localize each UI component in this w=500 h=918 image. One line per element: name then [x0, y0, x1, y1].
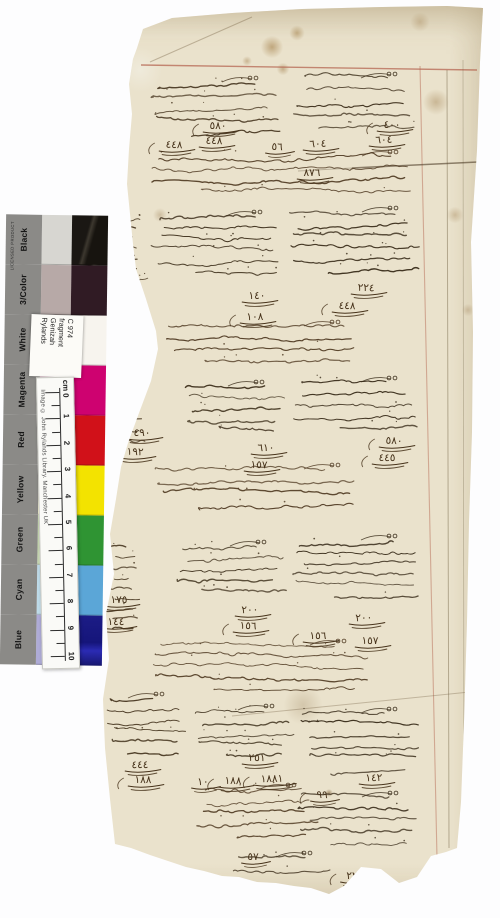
patch-light-swatch: [41, 265, 72, 315]
account-numeral: ٤٤٥: [362, 452, 408, 469]
svg-text:٢٢٤: ٢٢٤: [357, 282, 374, 295]
account-numeral: ٢٢٤: [351, 282, 387, 299]
svg-text:١٤٠: ١٤٠: [249, 290, 266, 302]
ruler-number: 7: [65, 572, 74, 577]
text-block: [107, 692, 185, 755]
account-numeral: ١٤٠: [242, 290, 278, 306]
account-numeral: ٤٤٤: [125, 759, 161, 776]
half-cm-tick: [53, 484, 61, 485]
svg-text:١٨٨: ١٨٨: [134, 774, 152, 786]
patch-label-cell: Cyan: [1, 564, 38, 614]
cm-ruler: cm 012345678910 Image © John Rylands Lib…: [36, 377, 80, 670]
text-block: [152, 149, 410, 192]
svg-text:٤٩٠: ٤٩٠: [134, 427, 151, 439]
ruler-number: 10: [67, 652, 76, 661]
svg-text:٩٩: ٩٩: [316, 789, 328, 801]
fragment-id-line: Rylands: [40, 317, 49, 344]
cm-tick: [46, 445, 60, 446]
half-cm-tick: [55, 590, 63, 591]
svg-text:١٧٥: ١٧٥: [111, 594, 128, 606]
account-numeral: ٢٠٠: [349, 612, 385, 629]
svg-text:٤٤٨: ٤٤٨: [338, 300, 356, 313]
calibration-row-3-color: 3/Color: [5, 264, 108, 315]
patch-light-swatch: [41, 215, 72, 265]
svg-text:١٥٦: ١٥٦: [310, 630, 327, 642]
svg-text:٤٤٨: ٤٤٨: [165, 139, 183, 152]
ruler-number: 3: [63, 467, 72, 472]
svg-text:١٤٢: ١٤٢: [365, 772, 383, 784]
svg-text:١٥٧: ١٥٧: [250, 459, 268, 472]
patch-dark-swatch: [71, 265, 108, 315]
text-block: [116, 208, 148, 281]
crease-line: [150, 17, 252, 62]
patch-label-cell: Yellow: [2, 464, 39, 514]
account-numeral: ٥٧: [241, 851, 271, 868]
svg-text:٢٠٠: ٢٠٠: [241, 604, 258, 616]
text-block: [294, 375, 417, 430]
account-numeral: ٤٤٨: [322, 300, 368, 317]
fold-line: [447, 70, 449, 848]
crack-line: [352, 162, 478, 168]
text-block: [185, 380, 284, 431]
svg-text:٥٦: ٥٦: [271, 141, 283, 154]
svg-text:٢٢: ٢٢: [346, 870, 358, 882]
account-numeral: ٥٨٠: [193, 120, 239, 137]
account-numeral: ٦٠٤: [369, 134, 405, 151]
account-numeral: ٥٨٠: [369, 435, 415, 452]
red-rule-right: [420, 66, 437, 858]
cm-tick: [48, 524, 62, 525]
fragment-id-line: fragment: [57, 318, 66, 347]
account-numeral: ٦٠٤: [303, 138, 339, 155]
svg-text:٢٠٠: ٢٠٠: [355, 612, 372, 625]
half-cm-tick: [55, 564, 63, 565]
ruler-number: 5: [64, 520, 73, 525]
svg-text:١٤٤: ١٤٤: [108, 616, 125, 628]
cm-tick: [47, 471, 61, 472]
account-numeral: ١٩٢: [110, 446, 156, 463]
patch-label: Red: [16, 431, 26, 448]
text-block: [301, 707, 418, 775]
calibration-row-black: Black: [5, 214, 108, 265]
cm-tick: [45, 392, 59, 393]
svg-text:١٠: ١٠: [197, 776, 209, 788]
patch-label: Yellow: [15, 476, 25, 504]
svg-text:٤٤٨: ٤٤٨: [205, 135, 223, 147]
svg-text:٤٠٠: ٤٠٠: [384, 119, 401, 131]
patch-label: Green: [14, 527, 24, 553]
account-numeral: ١٥٦: [223, 620, 269, 637]
ruler-number: 2: [62, 441, 71, 446]
ruler-ticks: cm 012345678910: [37, 378, 73, 379]
account-numeral: ١٥٧: [355, 635, 391, 652]
svg-text:٦٠٤: ٦٠٤: [309, 138, 326, 151]
ruler-number: 6: [64, 546, 73, 551]
text-block: [290, 206, 420, 274]
cm-tick: [50, 603, 64, 604]
account-numeral: ٢٢: [330, 870, 370, 886]
svg-text:٦١٠: ٦١٠: [257, 442, 274, 454]
svg-text:١٠٨: ١٠٨: [246, 311, 263, 323]
svg-text:٥٨٠: ٥٨٠: [385, 435, 402, 448]
ruler-number: 1: [62, 414, 71, 419]
svg-text:٦٠٤: ٦٠٤: [375, 134, 392, 147]
patch-label: White: [17, 327, 27, 351]
text-block: [195, 704, 294, 756]
fragment-id-line: C 974: [66, 318, 74, 338]
patch-label-cell: Red: [3, 414, 40, 464]
account-numeral: ٥٦: [265, 141, 295, 158]
svg-text:١٥٦: ١٥٦: [239, 620, 257, 633]
half-cm-tick: [53, 458, 61, 459]
svg-text:١٨٨: ١٨٨: [224, 775, 242, 787]
text-block: [177, 540, 286, 592]
text-block: [153, 639, 367, 691]
patch-label: Black: [19, 228, 29, 252]
text-block: [103, 532, 140, 629]
ruler-number: 4: [63, 493, 72, 498]
ruler-number: 8: [66, 599, 75, 604]
patch-label: 3/Color: [18, 274, 28, 305]
cm-tick: [46, 418, 60, 419]
half-cm-tick: [54, 537, 62, 538]
account-numeral: ٩٩: [300, 789, 340, 806]
svg-text:١٩٢: ١٩٢: [126, 446, 144, 459]
copyright-text: Image © John Rylands Library. Manchester…: [39, 389, 48, 524]
svg-text:٥٧: ٥٧: [247, 851, 259, 863]
digitization-photo: ٥٨٠٤٤٨٤٤٨٥٦٦٠٤٤٠٠٦٠٤٨٧٦٢٢٤٤٤٨١٤٠١٠٨٥٨٠٤٤…: [0, 0, 500, 918]
fold-line: [463, 60, 464, 852]
ruler-number: cm 0: [61, 380, 70, 398]
svg-text:٤٤٤: ٤٤٤: [131, 759, 148, 771]
text-block: [151, 210, 278, 275]
account-numeral: ١٤٢: [359, 772, 395, 789]
account-numeral: ٢٥١: [242, 752, 278, 769]
text-block: [293, 534, 418, 598]
svg-text:١٥٧: ١٥٧: [361, 635, 378, 647]
half-cm-tick: [54, 511, 62, 512]
half-cm-tick: [52, 405, 60, 406]
patch-label-cell: Blue: [0, 614, 37, 664]
red-rule-top: [141, 65, 477, 70]
licensed-product-text: LICENSED PRODUCT: [9, 221, 15, 270]
svg-text:٢٥١: ٢٥١: [248, 752, 265, 764]
ruler-number: 9: [66, 625, 75, 630]
patch-label: Cyan: [14, 579, 24, 601]
half-cm-tick: [57, 643, 65, 644]
account-numeral: ٦١٠: [251, 442, 287, 459]
svg-text:٤٤٥: ٤٤٥: [378, 452, 395, 464]
account-numeral: ٢٠٠: [235, 604, 271, 621]
svg-text:١٨٨١: ١٨٨١: [261, 773, 284, 785]
half-cm-tick: [52, 432, 60, 433]
text-block: [167, 320, 354, 363]
cm-tick: [50, 629, 64, 630]
svg-text:٥٨٠: ٥٨٠: [209, 120, 226, 132]
cm-tick: [49, 550, 63, 551]
cm-tick: [47, 498, 61, 499]
patch-label-cell: Green: [1, 514, 38, 564]
account-numeral: ٤٤٨: [199, 135, 235, 152]
account-numeral: ١٨٨: [118, 774, 164, 791]
fragment-id-line: Genizah: [48, 318, 57, 345]
fragment-id-card: RylandsGenizahfragmentC 974: [29, 314, 83, 378]
cm-tick: [49, 577, 63, 578]
account-numeral: ١٥٦: [293, 630, 339, 646]
patch-label: Blue: [13, 630, 23, 649]
patch-dark-swatch: [71, 215, 108, 265]
account-numeral: ٤٤٨: [149, 139, 195, 156]
patch-label: Magenta: [16, 372, 27, 408]
half-cm-tick: [56, 616, 64, 617]
patch-label-cell: 3/Color: [5, 264, 42, 314]
cm-tick: [51, 656, 65, 657]
svg-text:٨٧٦: ٨٧٦: [304, 167, 321, 179]
